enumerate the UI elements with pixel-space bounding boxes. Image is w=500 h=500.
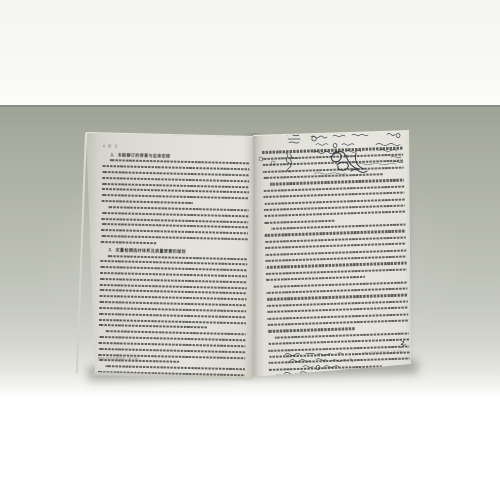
pen-crossout-tangle [331, 152, 367, 173]
text-line [263, 173, 404, 182]
pen-underline-2 [314, 173, 346, 174]
handwritten-annotations [253, 126, 415, 380]
text-line [102, 194, 249, 202]
left-page-header: 4 前 言 [103, 144, 250, 152]
text-line [100, 289, 247, 297]
paragraph [101, 206, 249, 249]
text-line [101, 235, 248, 243]
text-line [262, 160, 403, 169]
section-heading: 1．本版修订的背景与总体安排 [103, 152, 250, 161]
text-line [268, 351, 409, 360]
pen-note-row1 [311, 134, 368, 138]
left-page-text: 4 前 言 1．本版修订的背景与总体安排2．定量检测选材体系及质量要素的谋划 D… [97, 144, 250, 392]
paragraph [102, 159, 250, 208]
paragraph [263, 179, 405, 227]
text-line [265, 256, 406, 265]
text-line [100, 266, 247, 274]
book-gutter-shadow [244, 133, 264, 377]
left-page-footer: DNA 技术应用指南（第五版） [98, 356, 141, 361]
text-line [100, 255, 247, 263]
text-line [268, 332, 409, 341]
text-line [99, 307, 246, 315]
right-page-footer: DNA 技术应用指南（第五版） [264, 350, 405, 358]
text-line [263, 185, 404, 194]
left-page-sections: 1．本版修订的背景与总体安排2．定量检测选材体系及质量要素的谋划 [97, 152, 249, 391]
text-line [102, 177, 249, 185]
text-line [267, 313, 408, 322]
pen-inline-circles [259, 157, 298, 165]
paragraph [262, 147, 404, 182]
text-line [98, 353, 245, 361]
text-line [267, 319, 408, 328]
text-line [102, 200, 249, 208]
text-line [267, 300, 408, 309]
text-line [98, 342, 245, 350]
text-line [101, 241, 248, 249]
right-page-paragraphs [262, 147, 411, 399]
backdrop-top [0, 0, 500, 106]
text-line [98, 365, 245, 373]
text-line [268, 326, 409, 335]
text-line [267, 294, 408, 303]
text-line [262, 153, 403, 162]
text-line [264, 198, 405, 207]
text-line [98, 348, 245, 356]
pen-corner-slash [400, 344, 406, 348]
text-line [265, 236, 406, 245]
paragraph [264, 224, 407, 285]
text-line [269, 358, 410, 367]
text-line [265, 243, 406, 252]
text-line [99, 295, 246, 303]
pen-note-stacked-fraction [287, 134, 300, 143]
text-line [266, 275, 407, 284]
pen-underline-1 [356, 163, 396, 165]
left-page: 4 前 言 1．本版修订的背景与总体安排2．定量检测选材体系及质量要素的谋划 D… [84, 128, 256, 380]
text-line [101, 206, 248, 214]
text-line [263, 179, 404, 188]
text-line [101, 229, 248, 237]
text-line [263, 192, 404, 201]
paragraph [98, 330, 246, 367]
text-line [266, 262, 407, 271]
pen-circle-row1 [312, 137, 316, 141]
text-line [268, 345, 409, 354]
text-line [101, 212, 248, 220]
text-line [102, 165, 249, 173]
text-line [265, 249, 406, 258]
pen-note-row2 [316, 144, 354, 148]
text-line [99, 330, 246, 338]
text-line [264, 211, 405, 220]
pen-bottom-row1 [285, 353, 342, 356]
text-line [266, 268, 407, 277]
text-line [99, 301, 246, 309]
text-line [102, 188, 249, 196]
pen-note-right-block [376, 144, 400, 152]
text-line [99, 313, 246, 321]
text-line [100, 284, 247, 292]
text-line [101, 223, 248, 231]
text-line [263, 166, 404, 175]
text-line [99, 336, 246, 344]
text-line [264, 224, 405, 233]
pen-bottom-row3 [303, 366, 339, 370]
text-line [264, 217, 405, 226]
paragraph [99, 255, 248, 333]
text-line [99, 318, 246, 326]
text-line [266, 287, 407, 296]
pen-note-topright [387, 134, 400, 138]
pen-note-right-small [391, 156, 403, 163]
right-page: DNA 技术应用指南（第五版） 2 [253, 126, 415, 380]
text-line [102, 183, 249, 191]
pen-note-row3 [314, 151, 361, 154]
text-line [103, 159, 250, 167]
text-line [267, 307, 408, 316]
text-line [265, 230, 406, 239]
text-line [100, 260, 247, 268]
text-line [99, 324, 246, 332]
text-line [102, 171, 249, 179]
text-line [266, 281, 407, 290]
right-page-text: DNA 技术应用指南（第五版） [262, 146, 411, 401]
photo-of-open-book: 4 前 言 1．本版修订的背景与总体安排2．定量检测选材体系及质量要素的谋划 D… [0, 0, 500, 500]
text-line [101, 217, 248, 225]
handwritten-corner-mark: 2 [401, 341, 405, 347]
pen-margin-vertical [286, 153, 292, 172]
section-heading: 2．定量检测选材体系及质量要素的谋划 [101, 247, 248, 256]
text-line [100, 272, 247, 280]
surface-edge-line [0, 105, 500, 107]
text-line [268, 339, 409, 348]
pen-bottom-row2 [290, 359, 353, 362]
text-line [264, 204, 405, 213]
text-line [262, 147, 403, 156]
text-line [98, 359, 245, 367]
paragraph [266, 281, 408, 335]
text-line [100, 278, 247, 286]
